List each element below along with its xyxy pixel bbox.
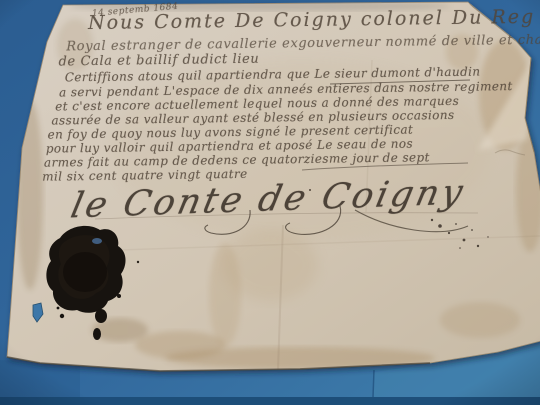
manuscript-photo-graphic <box>0 0 540 405</box>
photo-of-manuscript: 14 septemb 1684 Nous Comte De Coigny col… <box>0 0 540 405</box>
photo-vignette <box>0 0 540 405</box>
